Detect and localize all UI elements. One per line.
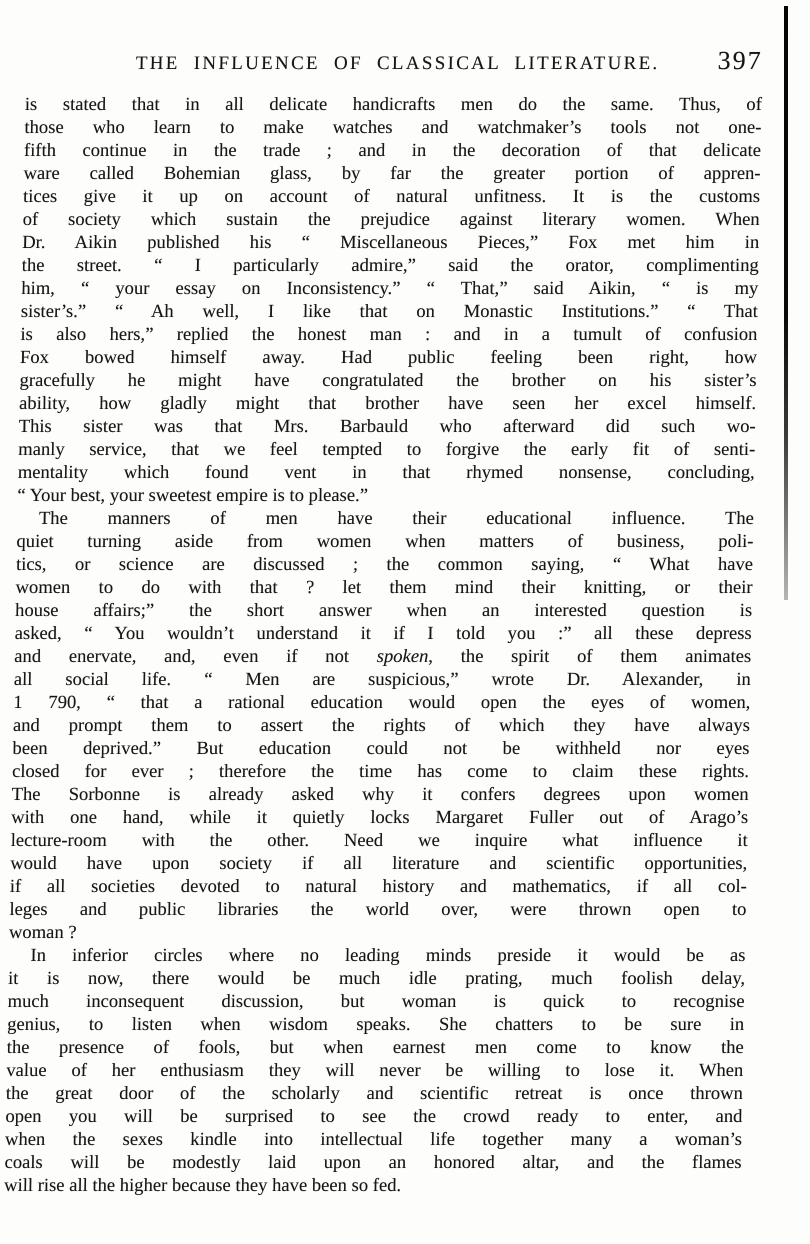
text-segment: is stated that in all delicate handicraf… [25, 94, 762, 115]
text-line: open you will be surprised to see the cr… [5, 1105, 742, 1128]
text-line: been deprived.” But education could not … [12, 737, 749, 760]
text-line: value of her enthusiasm they will never … [6, 1059, 743, 1082]
text-line: “ Your best, your sweetest empire is to … [17, 484, 754, 507]
text-line: tices give it up on account of natural u… [23, 185, 760, 208]
text-segment: value of her enthusiasm they will never … [6, 1060, 743, 1081]
page-content: THE INFLUENCE OF CLASSICAL LITERATURE. 3… [4, 46, 763, 1197]
text-line: those who learn to make watches and watc… [24, 116, 761, 139]
text-segment: will rise all the higher because they ha… [4, 1175, 401, 1196]
text-segment: woman ? [9, 922, 77, 943]
text-segment: house affairs;” the short answer when an… [15, 600, 752, 621]
text-segment: , the spirit of them animates [428, 646, 751, 667]
text-line: and prompt them to assert the rights of … [13, 714, 750, 737]
text-line: with one hand, while it quietly locks Ma… [11, 806, 748, 829]
text-line: the great door of the scholarly and scie… [6, 1082, 743, 1105]
page-body: is stated that in all delicate handicraf… [4, 93, 762, 1197]
text-line: Fox bowed himself away. Had public feeli… [20, 346, 757, 369]
text-line: ability, how gladly might that brother h… [19, 392, 756, 415]
text-line: and enervate, and, even if not spoken, t… [14, 645, 751, 668]
text-segment: The Sorbonne is already asked why it con… [11, 784, 748, 805]
text-line: asked, “ You wouldn’t understand it if I… [14, 622, 751, 645]
text-line: In inferior circles where no leading min… [8, 944, 745, 967]
paragraph: is stated that in all delicate handicraf… [17, 93, 762, 507]
text-segment: coals will be modestly laid upon an hono… [4, 1152, 741, 1173]
text-segment: ware called Bohemian glass, by far the g… [23, 163, 760, 184]
text-line: women to do with that ? let them mind th… [15, 576, 752, 599]
scan-artifact-line [784, 6, 788, 600]
text-segment: lecture-room with the other. Need we inq… [11, 830, 748, 851]
text-segment: women to do with that ? let them mind th… [15, 577, 752, 598]
text-segment: when the sexes kindle into intellectual … [5, 1129, 742, 1150]
page-title: THE INFLUENCE OF CLASSICAL LITERATURE. [87, 53, 707, 75]
text-segment: manly service, that we feel tempted to f… [18, 439, 755, 460]
text-segment: Fox bowed himself away. Had public feeli… [20, 347, 757, 368]
text-line: leges and public libraries the world ove… [9, 898, 746, 921]
text-segment: Dr. Aikin published his “ Miscellaneous … [22, 232, 759, 253]
text-segment: is also hers,” replied the honest man : … [20, 324, 757, 345]
text-line: mentality which found vent in that rhyme… [18, 461, 755, 484]
paragraph: The manners of men have their educationa… [9, 507, 754, 944]
text-segment: of society which sustain the prejudice a… [22, 209, 759, 230]
text-segment: much inconsequent discussion, but woman … [7, 991, 744, 1012]
text-segment: it is now, there would be much idle prat… [8, 968, 745, 989]
text-line: manly service, that we feel tempted to f… [18, 438, 755, 461]
text-segment: the street. “ I particularly admire,” sa… [22, 255, 759, 276]
text-segment: all social life. “ Men are suspicious,” … [14, 669, 751, 690]
text-line: if all societies devoted to natural hist… [10, 875, 747, 898]
text-segment: ability, how gladly might that brother h… [19, 393, 756, 414]
text-segment: with one hand, while it quietly locks Ma… [11, 807, 748, 828]
text-line: tics, or science are discussed ; the com… [16, 553, 753, 576]
text-line: fifth continue in the trade ; and in the… [24, 139, 761, 162]
text-line: will rise all the higher because they ha… [4, 1174, 741, 1197]
text-segment: tics, or science are discussed ; the com… [16, 554, 753, 575]
text-segment: The manners of men have their educationa… [39, 508, 754, 529]
text-line: much inconsequent discussion, but woman … [7, 990, 744, 1013]
text-segment: been deprived.” But education could not … [12, 738, 749, 759]
text-line: is stated that in all delicate handicraf… [25, 93, 762, 116]
italic-text: spoken [377, 646, 429, 667]
text-line: the presence of fools, but when earnest … [7, 1036, 744, 1059]
text-segment: tices give it up on account of natural u… [23, 186, 760, 207]
text-line: quiet turning aside from women when matt… [16, 530, 753, 553]
text-line: when the sexes kindle into intellectual … [5, 1128, 742, 1151]
text-line: closed for ever ; therefore the time has… [12, 760, 749, 783]
book-page: THE INFLUENCE OF CLASSICAL LITERATURE. 3… [0, 0, 810, 1244]
text-segment: quiet turning aside from women when matt… [16, 531, 753, 552]
text-segment: the presence of fools, but when earnest … [7, 1037, 744, 1058]
text-segment: would have upon society if all literatur… [10, 853, 747, 874]
text-segment: “ Your best, your sweetest empire is to … [17, 485, 368, 506]
text-line: This sister was that Mrs. Barbauld who a… [18, 415, 755, 438]
text-line: Dr. Aikin published his “ Miscellaneous … [22, 231, 759, 254]
text-segment: leges and public libraries the world ove… [9, 899, 746, 920]
text-line: the street. “ I particularly admire,” sa… [22, 254, 759, 277]
text-line: genius, to listen when wisdom speaks. Sh… [7, 1013, 744, 1036]
text-line: The Sorbonne is already asked why it con… [11, 783, 748, 806]
running-header: THE INFLUENCE OF CLASSICAL LITERATURE. 3… [25, 46, 763, 76]
page-number: 397 [717, 46, 763, 76]
text-line: 1 790, “ that a rational education would… [13, 691, 750, 714]
text-line: it is now, there would be much idle prat… [8, 967, 745, 990]
text-segment: and enervate, and, even if not [14, 646, 377, 667]
text-line: lecture-room with the other. Need we inq… [11, 829, 748, 852]
text-segment: This sister was that Mrs. Barbauld who a… [18, 416, 755, 437]
text-segment: 1 790, “ that a rational education would… [13, 692, 750, 713]
text-segment: asked, “ You wouldn’t understand it if I… [15, 623, 752, 644]
text-line: is also hers,” replied the honest man : … [20, 323, 757, 346]
text-line: coals will be modestly laid upon an hono… [4, 1151, 741, 1174]
text-line: all social life. “ Men are suspicious,” … [14, 668, 751, 691]
text-segment: him, “ your essay on Inconsistency.” “ T… [21, 278, 758, 299]
text-segment: In inferior circles where no leading min… [30, 945, 745, 966]
text-line: ware called Bohemian glass, by far the g… [23, 162, 760, 185]
text-line: woman ? [9, 921, 746, 944]
text-line: would have upon society if all literatur… [10, 852, 747, 875]
text-segment: those who learn to make watches and watc… [24, 117, 761, 138]
text-segment: fifth continue in the trade ; and in the… [24, 140, 761, 161]
paragraph: In inferior circles where no leading min… [4, 944, 746, 1197]
text-segment: if all societies devoted to natural hist… [10, 876, 747, 897]
text-line: The manners of men have their educationa… [17, 507, 754, 530]
text-segment: sister’s.” “ Ah well, I like that on Mon… [21, 301, 758, 322]
text-segment: gracefully he might have congratulated t… [19, 370, 756, 391]
text-segment: and prompt them to assert the rights of … [13, 715, 750, 736]
text-line: gracefully he might have congratulated t… [19, 369, 756, 392]
text-segment: genius, to listen when wisdom speaks. Sh… [7, 1014, 744, 1035]
text-line: sister’s.” “ Ah well, I like that on Mon… [21, 300, 758, 323]
text-line: him, “ your essay on Inconsistency.” “ T… [21, 277, 758, 300]
text-segment: the great door of the scholarly and scie… [6, 1083, 743, 1104]
text-line: house affairs;” the short answer when an… [15, 599, 752, 622]
text-segment: mentality which found vent in that rhyme… [18, 462, 755, 483]
text-line: of society which sustain the prejudice a… [22, 208, 759, 231]
text-segment: open you will be surprised to see the cr… [5, 1106, 742, 1127]
text-segment: closed for ever ; therefore the time has… [12, 761, 749, 782]
